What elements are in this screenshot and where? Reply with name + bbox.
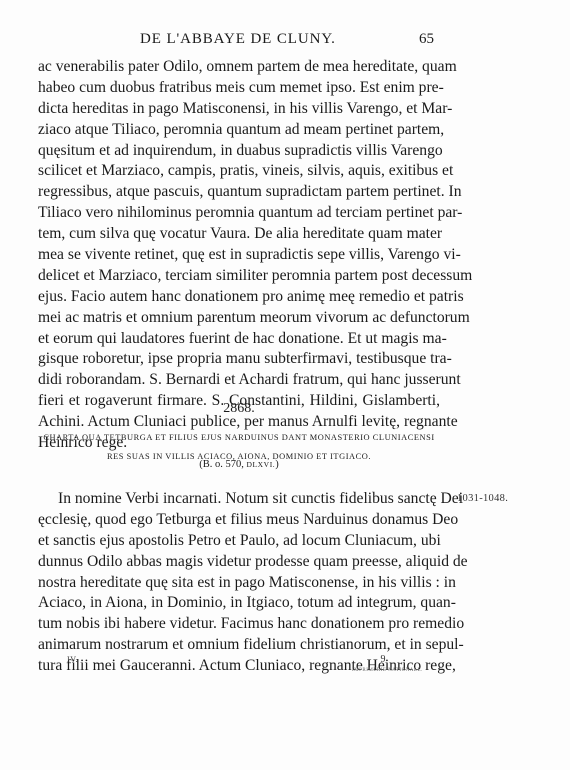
text-line: mea se vivente retinet, quę est in supra…: [38, 245, 440, 266]
text-line: quęsitum et ad inquirendum, in duabus su…: [38, 141, 440, 162]
text-line: ziaco atque Tiliaco, peromnia quantum ad…: [38, 120, 440, 141]
text-line: scilicet et Marziaco, campis, pratis, vi…: [38, 161, 440, 182]
text-line: mei ac matris et omnium parentum meorum …: [38, 308, 440, 329]
text-line: gisque roboretur, ipse propria manu subt…: [38, 349, 440, 370]
text-line: ac venerabilis pater Odilo, omnem partem…: [38, 57, 440, 78]
source-suffix: ): [275, 459, 279, 470]
text-line: tum nobis ibi habere videtur. Facimus ha…: [38, 614, 440, 635]
charter-number: 2868.: [38, 401, 440, 417]
text-line: delicet et Marziaco, terciam similiter p…: [38, 266, 440, 287]
text-line: In nomine Verbi incarnati. Notum sit cun…: [38, 489, 440, 510]
running-title: DE L'ABBAYE DE CLUNY.: [140, 31, 336, 48]
signature-mark: IV.: [67, 655, 78, 664]
text-line: animarum nostrarum et omnium fidelium ch…: [38, 635, 440, 656]
source-prefix: (B. o. 570,: [199, 459, 246, 470]
charter-source-reference: (B. o. 570, DLXVI.): [38, 459, 440, 470]
text-line: et eorum qui laudatores fuerint de hac d…: [38, 329, 440, 350]
text-line: Tiliaco vero nihilominus peromnia quantu…: [38, 203, 440, 224]
text-line: tem, cum silva quę vocatur Vaura. De ali…: [38, 224, 440, 245]
running-head: DE L'ABBAYE DE CLUNY. 65: [38, 31, 440, 51]
charter-title-line: CHARTA QUA TETBURGA ET FILIUS EJUS NARDU…: [38, 428, 440, 447]
book-page: DE L'ABBAYE DE CLUNY. 65 ac venerabilis …: [0, 0, 570, 770]
page-number: 65: [419, 31, 434, 48]
text-line: dunnus Odilo abbas magis videtur prodess…: [38, 552, 440, 573]
text-line: regressibus, atque pascuis, quantum supr…: [38, 182, 440, 203]
printer-imprint: IMPRIMERIE NATIONALE.: [352, 668, 423, 673]
text-line: nostra hereditate quę sita est in pago M…: [38, 573, 440, 594]
text-line: didi roborandam. S. Bernardi et Achardi …: [38, 370, 440, 391]
sheet-number: 9: [368, 654, 398, 665]
text-line: dicta hereditas in pago Matisconensi, in…: [38, 99, 440, 120]
continued-charter-text: ac venerabilis pater Odilo, omnem partem…: [38, 57, 440, 454]
source-roman-numeral: DLXVI.: [246, 460, 275, 469]
text-line: ęcclesię, quod ego Tetburga et filius me…: [38, 510, 440, 531]
charter-text: In nomine Verbi incarnati. Notum sit cun…: [38, 489, 440, 677]
text-line: et sanctis ejus apostolis Petro et Paulo…: [38, 531, 440, 552]
text-line: ejus. Facio autem hanc donationem pro an…: [38, 287, 440, 308]
text-line: habeo cum duobus fratribus meis cum meme…: [38, 78, 440, 99]
margin-date: 1031-1048.: [457, 493, 508, 504]
text-line: Aciaco, in Aiona, in Dominio, in Itgiaco…: [38, 593, 440, 614]
